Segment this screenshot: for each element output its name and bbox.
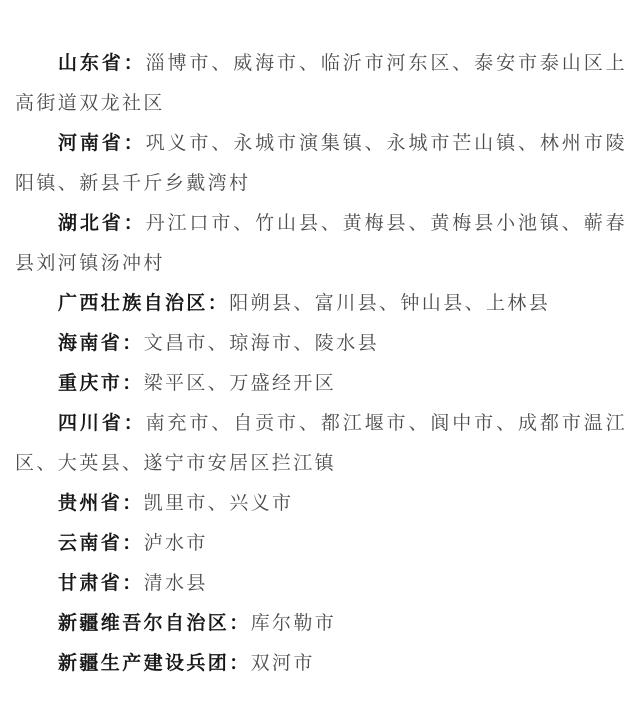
province-items: 文昌市、琼海市、陵水县 <box>144 333 379 354</box>
province-entry: 四川省：南充市、自贡市、都江堰市、阆中市、成都市温江区、大英县、遂宁市安居区拦江… <box>15 404 627 484</box>
document-body: { "colors": { "background": "#ffffff", "… <box>0 0 641 714</box>
province-label: 广西壮族自治区： <box>58 293 229 314</box>
province-label: 新疆生产建设兵团： <box>58 653 251 674</box>
province-entry: 云南省：泸水市 <box>15 524 627 564</box>
province-items: 阳朔县、富川县、钟山县、上林县 <box>229 293 550 314</box>
province-items: 梁平区、万盛经开区 <box>144 373 337 394</box>
document-page: 山东省：淄博市、威海市、临沂市河东区、泰安市泰山区上高街道双龙社区 河南省：巩义… <box>0 0 641 684</box>
province-label: 海南省： <box>58 333 144 354</box>
province-label: 云南省： <box>58 533 144 554</box>
province-entry: 山东省：淄博市、威海市、临沂市河东区、泰安市泰山区上高街道双龙社区 <box>15 44 627 124</box>
province-entry: 新疆维吾尔自治区：库尔勒市 <box>15 604 627 644</box>
province-entry: 海南省：文昌市、琼海市、陵水县 <box>15 324 627 364</box>
province-label: 甘肃省： <box>58 573 144 594</box>
province-entry: 贵州省：凯里市、兴义市 <box>15 484 627 524</box>
province-items: 双河市 <box>251 653 315 674</box>
province-entry: 新疆生产建设兵团：双河市 <box>15 644 627 684</box>
province-list: 山东省：淄博市、威海市、临沂市河东区、泰安市泰山区上高街道双龙社区 河南省：巩义… <box>15 44 627 684</box>
province-items: 凯里市、兴义市 <box>144 493 294 514</box>
province-entry: 甘肃省：清水县 <box>15 564 627 604</box>
province-items: 库尔勒市 <box>251 613 337 634</box>
province-label: 新疆维吾尔自治区： <box>58 613 251 634</box>
province-label: 河南省： <box>58 133 146 154</box>
province-label: 山东省： <box>58 53 146 74</box>
province-label: 重庆市： <box>58 373 144 394</box>
province-entry: 广西壮族自治区：阳朔县、富川县、钟山县、上林县 <box>15 284 627 324</box>
province-entry: 湖北省：丹江口市、竹山县、黄梅县、黄梅县小池镇、蕲春县刘河镇汤冲村 <box>15 204 627 284</box>
province-label: 贵州省： <box>58 493 144 514</box>
province-items: 泸水市 <box>144 533 208 554</box>
province-label: 四川省： <box>58 413 146 434</box>
province-entry: 河南省：巩义市、永城市演集镇、永城市芒山镇、林州市陵阳镇、新县千斤乡戴湾村 <box>15 124 627 204</box>
province-items: 清水县 <box>144 573 208 594</box>
province-label: 湖北省： <box>58 213 146 234</box>
province-entry: 重庆市：梁平区、万盛经开区 <box>15 364 627 404</box>
